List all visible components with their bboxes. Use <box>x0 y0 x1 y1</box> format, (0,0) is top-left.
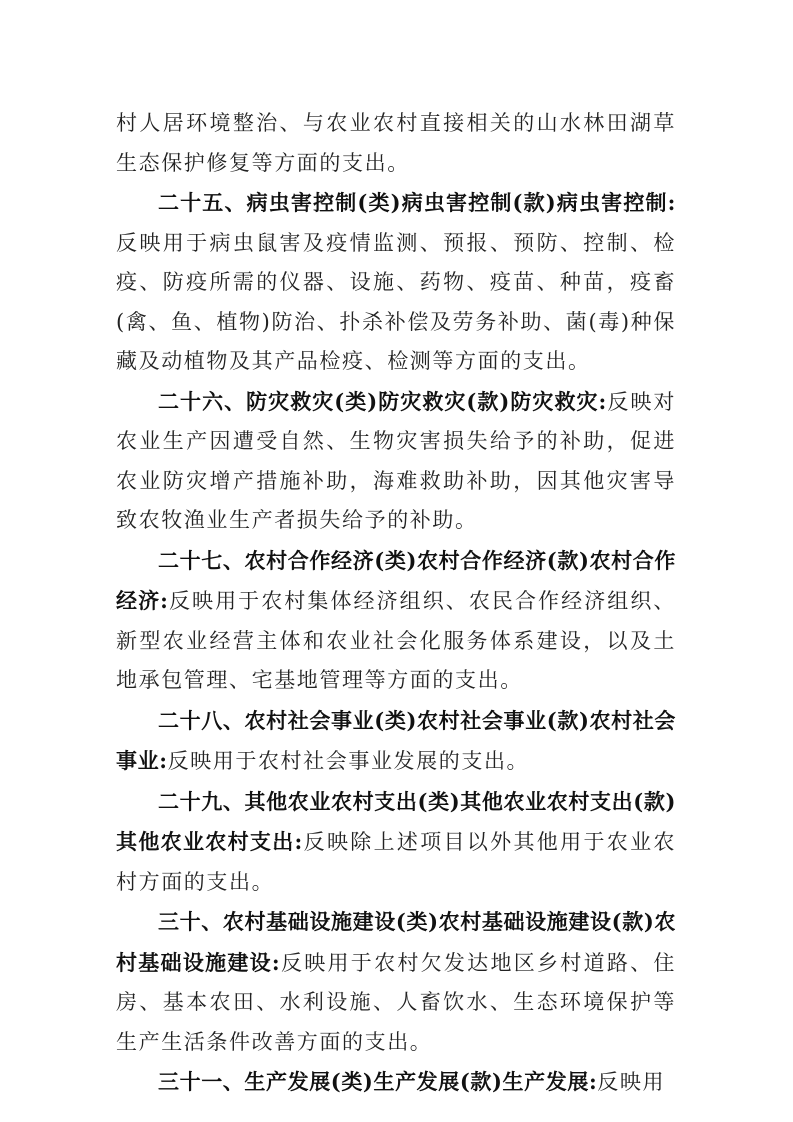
paragraph-heading: 三十一、生产发展(类)生产发展(款)生产发展: <box>158 1069 597 1094</box>
paragraph-production-development: 三十一、生产发展(类)生产发展(款)生产发展:反映用 <box>116 1062 676 1103</box>
paragraph-body: 反映用于病虫鼠害及疫情监测、预报、预防、控制、检疫、防疫所需的仪器、设施、药物、… <box>116 231 676 374</box>
paragraph-rural-infrastructure: 三十、农村基础设施建设(类)农村基础设施建设(款)农村基础设施建设:反映用于农村… <box>116 902 676 1062</box>
paragraph-rural-cooperative-economy: 二十七、农村合作经济(类)农村合作经济(款)农村合作经济:反映用于农村集体经济组… <box>116 541 676 701</box>
paragraph-body: 村人居环境整治、与农业农村直接相关的山水林田湖草生态保护修复等方面的支出。 <box>116 111 676 175</box>
paragraph-body: 反映用 <box>597 1070 665 1094</box>
paragraph-other-agricultural-expenditure: 二十九、其他农业农村支出(类)其他农业农村支出(款)其他农业农村支出:反映除上述… <box>116 782 676 903</box>
paragraph-pest-control: 二十五、病虫害控制(类)病虫害控制(款)病虫害控制:反映用于病虫鼠害及疫情监测、… <box>116 183 676 382</box>
paragraph-heading: 二十六、防灾救灾(类)防灾救灾(款)防灾救灾: <box>158 389 607 414</box>
paragraph-body: 反映用于农村社会事业发展的支出。 <box>168 749 530 773</box>
document-page: 村人居环境整治、与农业农村直接相关的山水林田湖草生态保护修复等方面的支出。 二十… <box>116 103 676 1103</box>
paragraph-disaster-relief: 二十六、防灾救灾(类)防灾救灾(款)防灾救灾:反映对农业生产因遭受自然、生物灾害… <box>116 382 676 541</box>
paragraph-heading: 二十五、病虫害控制(类)病虫害控制(款)病虫害控制: <box>158 190 676 215</box>
paragraph-body: 反映用于农村集体经济组织、农民合作经济组织、新型农业经营主体和农业社会化服务体系… <box>116 589 676 692</box>
paragraph-continuation: 村人居环境整治、与农业农村直接相关的山水林田湖草生态保护修复等方面的支出。 <box>116 103 676 183</box>
paragraph-rural-social-affairs: 二十八、农村社会事业(类)农村社会事业(款)农村社会事业:反映用于农村社会事业发… <box>116 701 676 782</box>
